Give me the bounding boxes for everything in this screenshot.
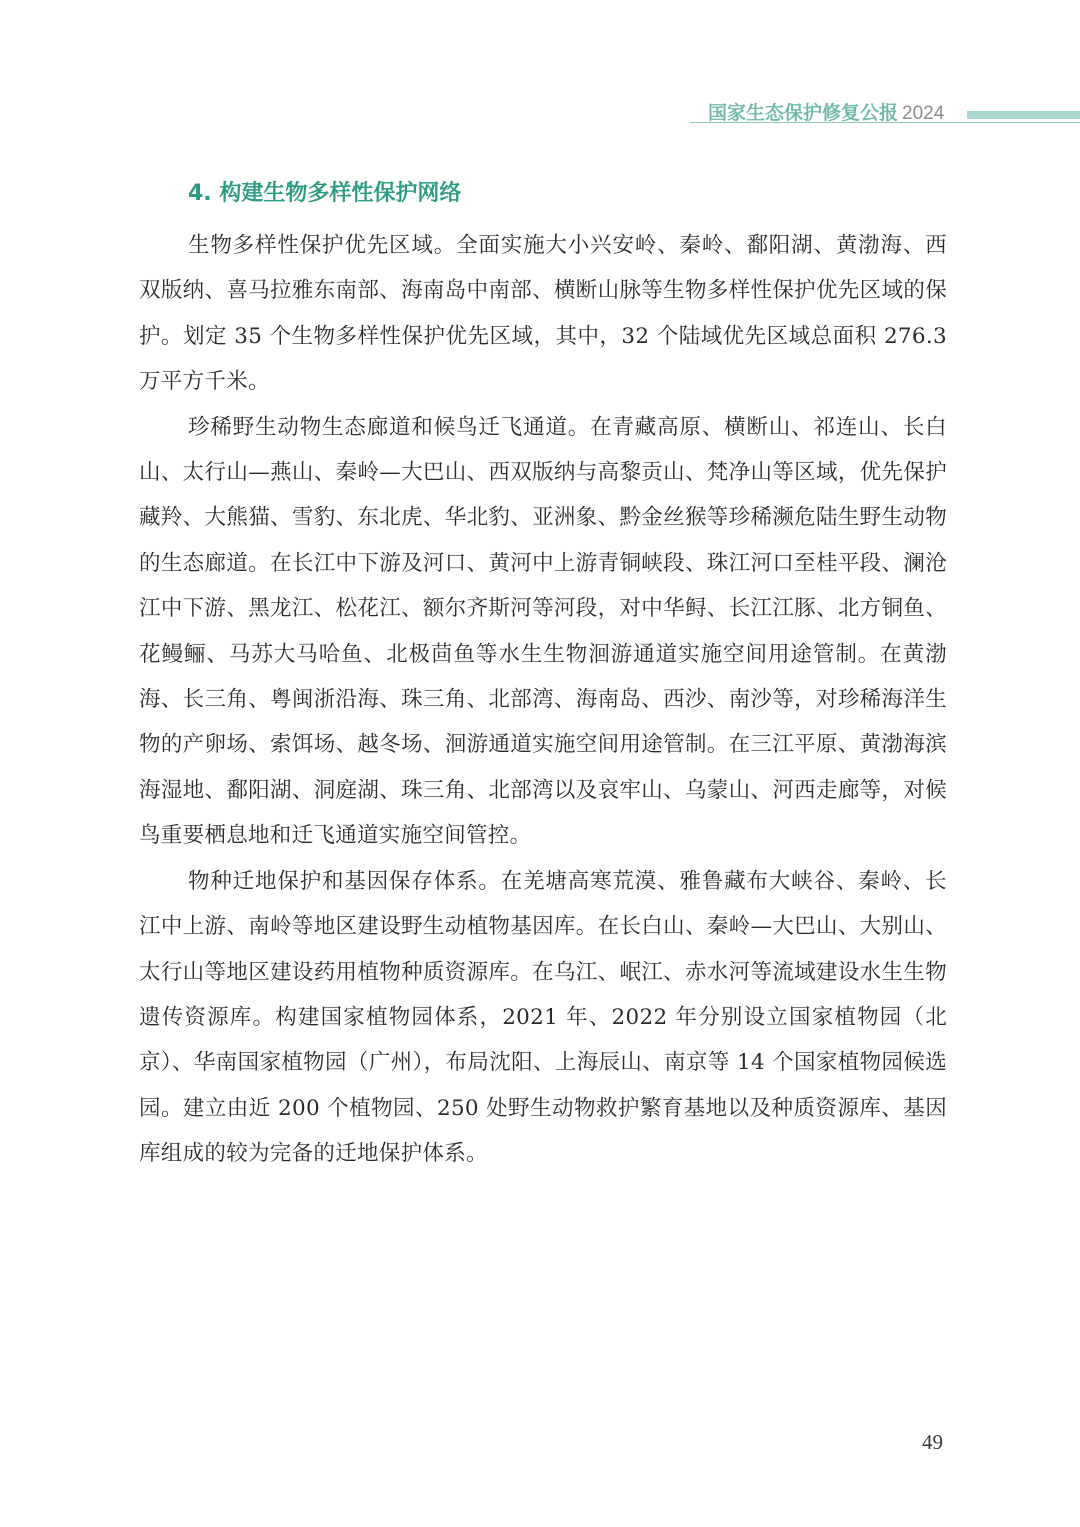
publication-year: 2024 [902, 103, 944, 124]
paragraph-ecological-corridors: 珍稀野生动物生态廊道和候鸟迁飞通道。在青藏高原、横断山、祁连山、长白山、太行山—… [139, 405, 947, 859]
page-number: 49 [922, 1430, 943, 1455]
paragraph-priority-areas: 生物多样性保护优先区域。全面实施大小兴安岭、秦岭、鄱阳湖、黄渤海、西双版纳、喜马… [139, 223, 947, 405]
paragraph-ex-situ-conservation: 物种迁地保护和基因保存体系。在羌塘高寒荒漠、雅鲁藏布大峡谷、秦岭、长江中上游、南… [139, 859, 947, 1177]
section-heading: 4. 构建生物多样性保护网络 [188, 176, 461, 207]
header-accent-bar [967, 111, 1080, 119]
publication-title: 国家生态保护修复公报2024 [708, 98, 944, 125]
page-header: 国家生态保护修复公报2024 [0, 0, 1080, 130]
header-divider [690, 122, 1080, 123]
body-text: 生物多样性保护优先区域。全面实施大小兴安岭、秦岭、鄱阳湖、黄渤海、西双版纳、喜马… [139, 223, 947, 1177]
publication-title-text: 国家生态保护修复公报 [708, 102, 898, 124]
